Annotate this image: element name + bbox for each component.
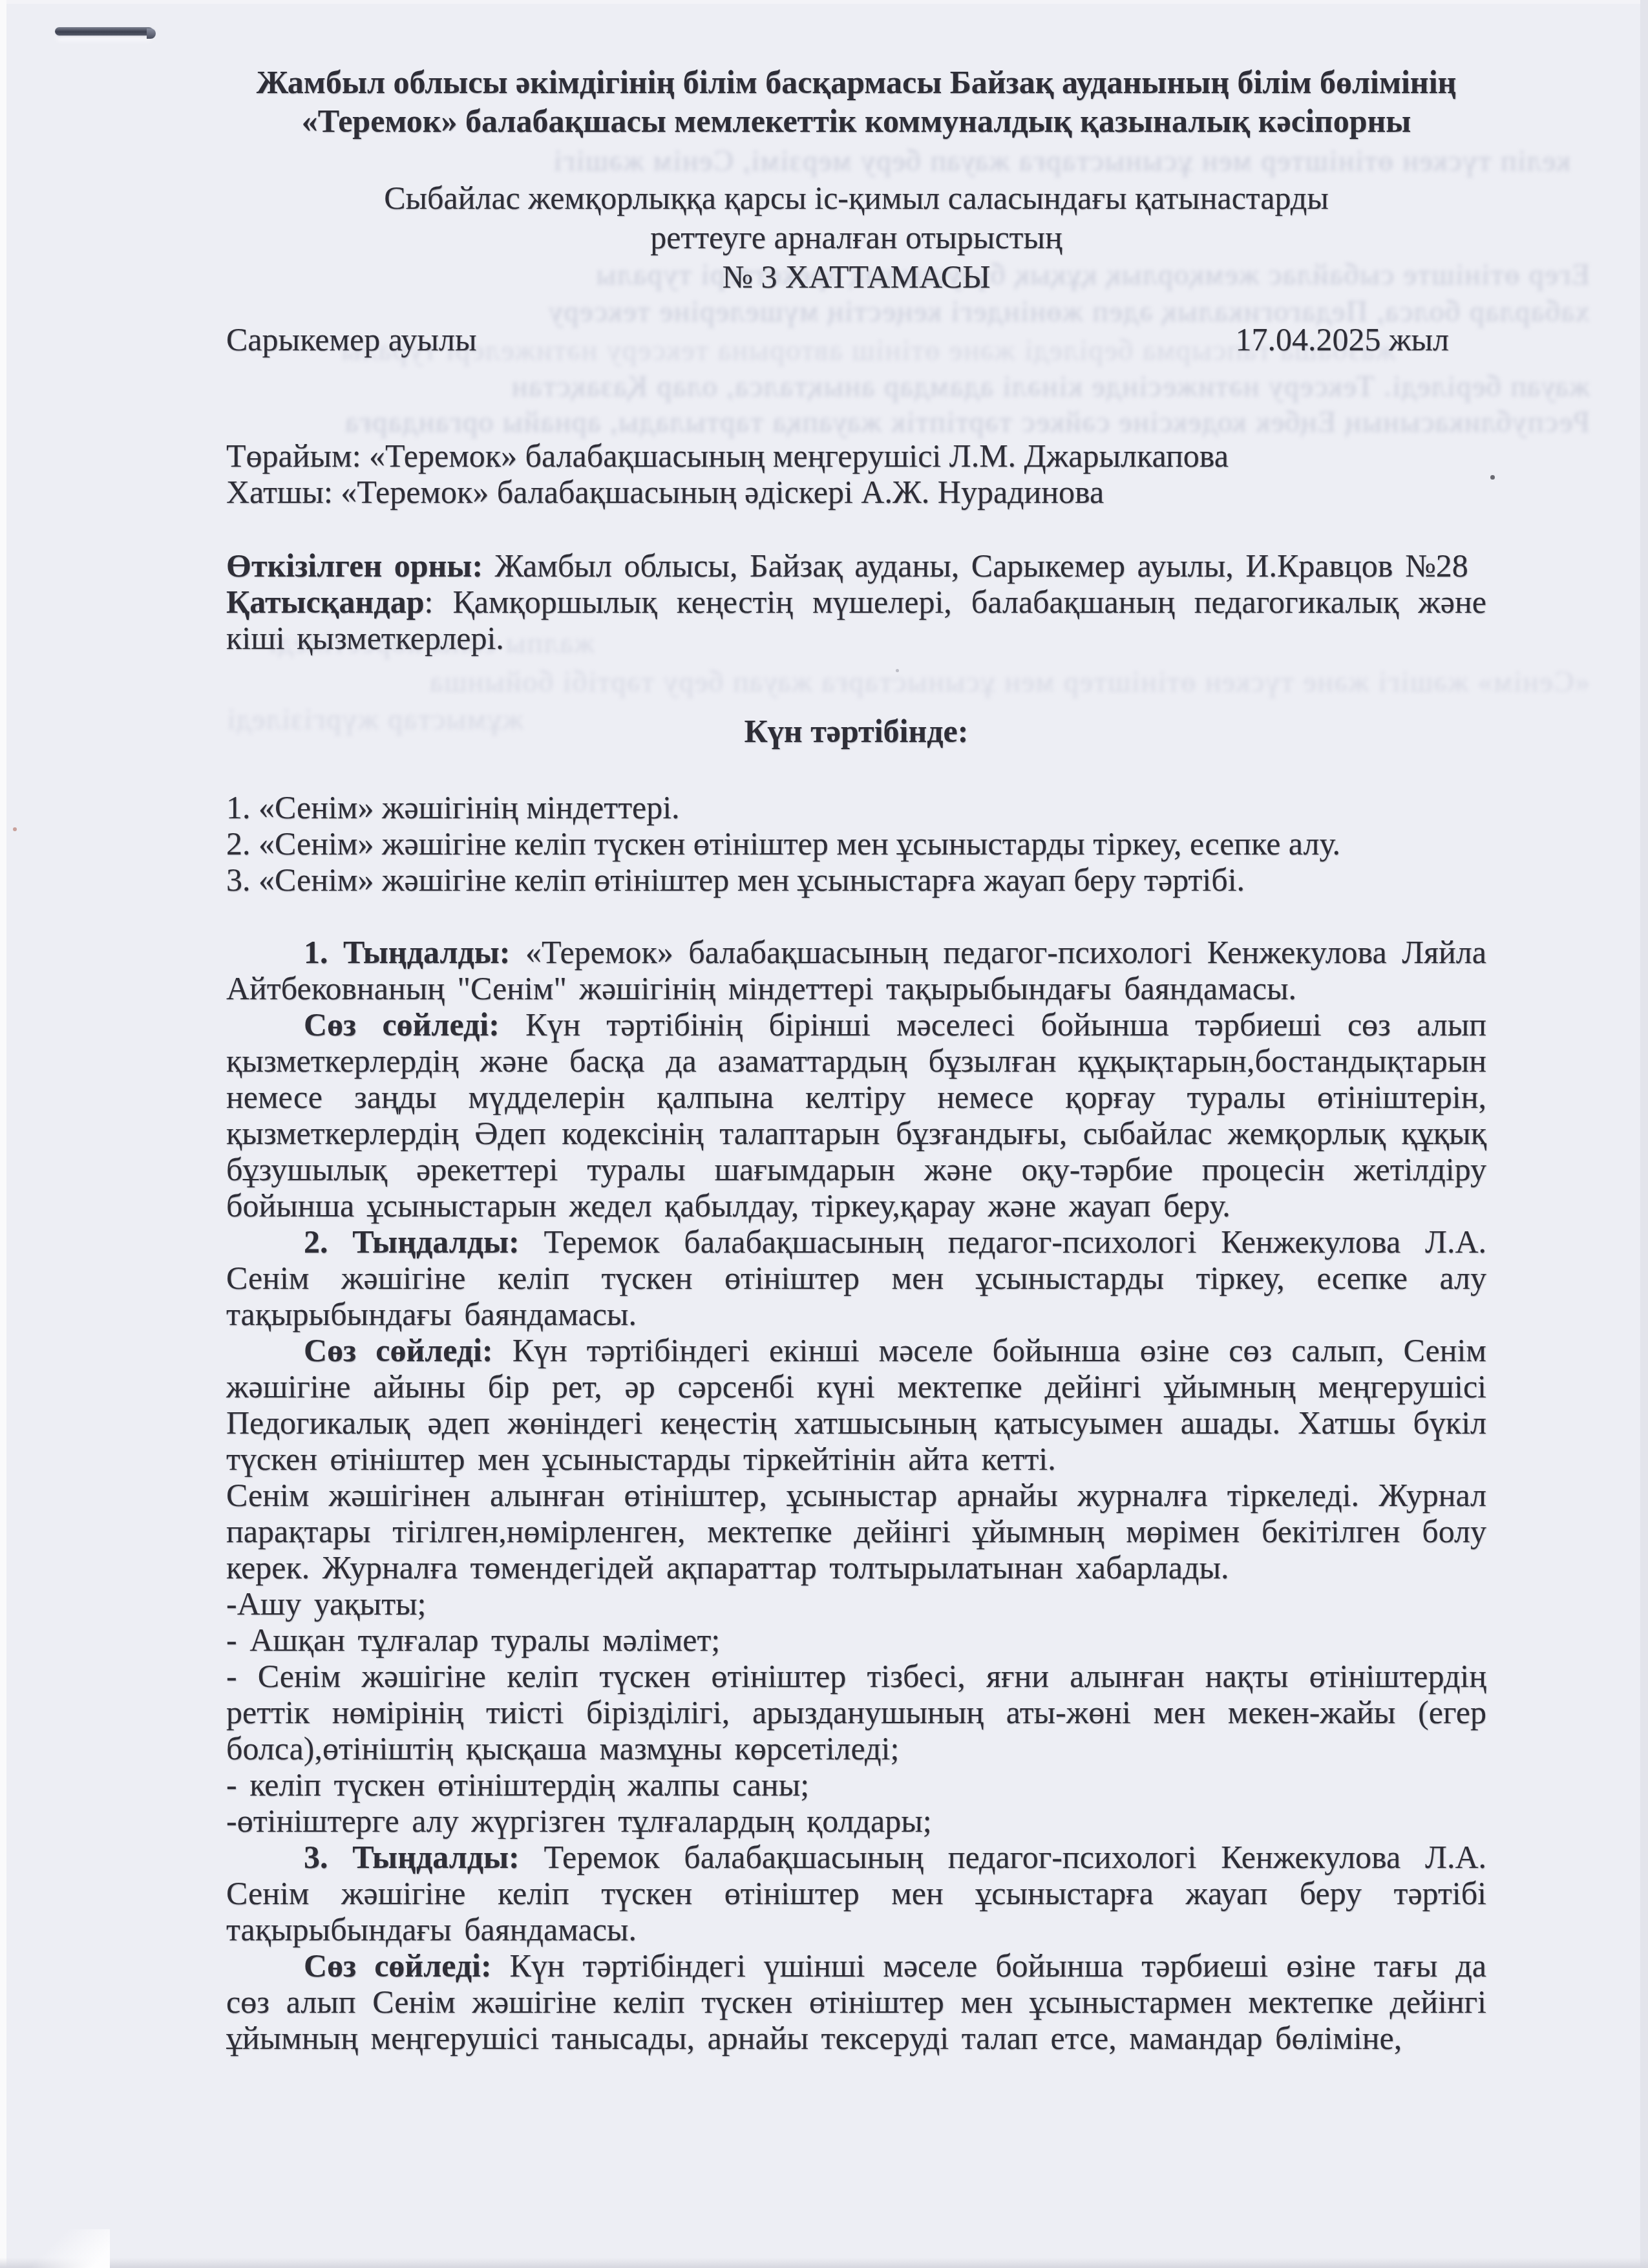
subtitle-line1: Сыбайлас жемқорлыққа қарсы іс-қимыл сала… xyxy=(226,178,1486,218)
spoke-1-label: Сөз сөйледі: xyxy=(304,1006,500,1043)
agenda-title: Күн тәртібінде: xyxy=(226,713,1486,749)
page-corner-highlight xyxy=(0,2229,110,2268)
journal-field-4: - келіп түскен өтініштердің жалпы саны; xyxy=(226,1766,1486,1803)
heard-2-label: 2. Тыңдалды: xyxy=(304,1224,520,1260)
protocol-number: № 3 ХАТТАМАСЫ xyxy=(226,257,1486,297)
section-heard-3: 3. Тыңдалды: Теремок балабақшасының педа… xyxy=(226,1839,1486,1947)
scan-edge-bottom xyxy=(0,2258,1648,2268)
section-spoke-2: Сөз сөйледі: Күн тәртібіндегі екінші мәс… xyxy=(226,1332,1486,1477)
venue-label: Өткізілген орны: xyxy=(226,547,483,584)
gray-speck xyxy=(896,669,899,672)
scan-edge-left xyxy=(0,0,6,2268)
agenda-item-2: 2. «Сенім» жәшігіне келіп түскен өтінішт… xyxy=(226,825,1486,862)
ink-speck xyxy=(1490,475,1495,480)
chairperson-line: Төрайым: «Теремок» балабақшасының меңгер… xyxy=(226,438,1486,474)
journal-field-1: -Ашу уақыты; xyxy=(226,1585,1486,1622)
venue-text: Жамбыл облысы, Байзақ ауданы, Сарыкемер … xyxy=(483,547,1468,584)
bleed-through-line: жауап беріледі. Тексеру нәтижесінде кінә… xyxy=(187,369,1590,403)
participants-line: Қатысқандар: Қамқоршылық кеңестің мүшеле… xyxy=(226,584,1486,656)
section-heard-2: 2. Тыңдалды: Теремок балабақшасының педа… xyxy=(226,1224,1486,1332)
heard-3-label: 3. Тыңдалды: xyxy=(304,1839,520,1875)
journal-info-paragraph: Сенім жәшігінен алынған өтініштер, ұсыны… xyxy=(226,1477,1486,1585)
journal-field-3: - Сенім жәшігіне келіп түскен өтініштер … xyxy=(226,1658,1486,1766)
scanned-document-page: келіп түскен өтініштер мен ұсыныстарға ж… xyxy=(0,0,1648,2268)
section-spoke-3: Сөз сөйледі: Күн тәртібіндегі үшінші мәс… xyxy=(226,1947,1486,2056)
section-spoke-1: Сөз сөйледі: Күн тәртібінің бірінші мәсе… xyxy=(226,1006,1486,1224)
participants-label: Қатысқандар xyxy=(226,584,424,620)
subtitle-line2: реттеуге арналған отырыстың xyxy=(226,218,1486,257)
spoke-2-label: Сөз сөйледі: xyxy=(304,1332,493,1368)
document-subtitle: Сыбайлас жемқорлыққа қарсы іс-қимыл сала… xyxy=(226,178,1486,297)
org-name-line2: «Теремок» балабақшасы мемлекеттік коммун… xyxy=(226,101,1486,140)
bleed-through-line: Республикасының Еңбек кодексіне сәйкес т… xyxy=(187,405,1590,439)
document-header: Жамбыл облысы әкімдігінің білім басқарма… xyxy=(226,63,1486,140)
scan-edge-right xyxy=(1640,0,1648,2268)
journal-field-5: -өтініштерге алу жүргізген тұлғалардың қ… xyxy=(226,1803,1486,1839)
agenda-list: 1. «Сенім» жәшігінің міндеттері. 2. «Сен… xyxy=(226,789,1486,898)
journal-info-text: Сенім жәшігінен алынған өтініштер, ұсыны… xyxy=(226,1477,1486,1585)
venue-line: Өткізілген орны: Жамбыл облысы, Байзақ а… xyxy=(226,547,1486,584)
protocol-body: 1. Тыңдалды: «Теремок» балабақшасының пе… xyxy=(226,934,1486,2056)
venue-participants-block: Өткізілген орны: Жамбыл облысы, Байзақ а… xyxy=(226,547,1486,656)
agenda-item-3: 3. «Сенім» жәшігіне келіп өтініштер мен … xyxy=(226,862,1486,898)
agenda-item-1: 1. «Сенім» жәшігінің міндеттері. xyxy=(226,789,1486,825)
bleed-through-line: «Сенім» жәшігі және түскен өтініштер мен… xyxy=(213,664,1590,699)
document-date: 17.04.2025 жыл xyxy=(1235,321,1486,357)
bleed-through-line: келіп түскен өтініштер мен ұсыныстарға ж… xyxy=(271,143,1570,178)
section-heard-1: 1. Тыңдалды: «Теремок» балабақшасының пе… xyxy=(226,934,1486,1006)
secretary-line: Хатшы: «Теремок» балабақшасының әдіскері… xyxy=(226,474,1486,510)
org-name-line1: Жамбыл облысы әкімдігінің білім басқарма… xyxy=(226,63,1486,101)
red-speck xyxy=(13,827,17,831)
scan-edge-top xyxy=(0,0,1648,4)
journal-field-2: - Ашқан тұлғалар туралы мәлімет; xyxy=(226,1622,1486,1658)
staple-mark xyxy=(55,27,153,36)
place-date-row: Сарыкемер ауылы 17.04.2025 жыл xyxy=(226,321,1486,357)
officials-block: Төрайым: «Теремок» балабақшасының меңгер… xyxy=(226,438,1486,510)
heard-1-label: 1. Тыңдалды: xyxy=(304,934,510,970)
place-name: Сарыкемер ауылы xyxy=(226,321,477,357)
spoke-3-label: Сөз сөйледі: xyxy=(304,1947,492,1984)
